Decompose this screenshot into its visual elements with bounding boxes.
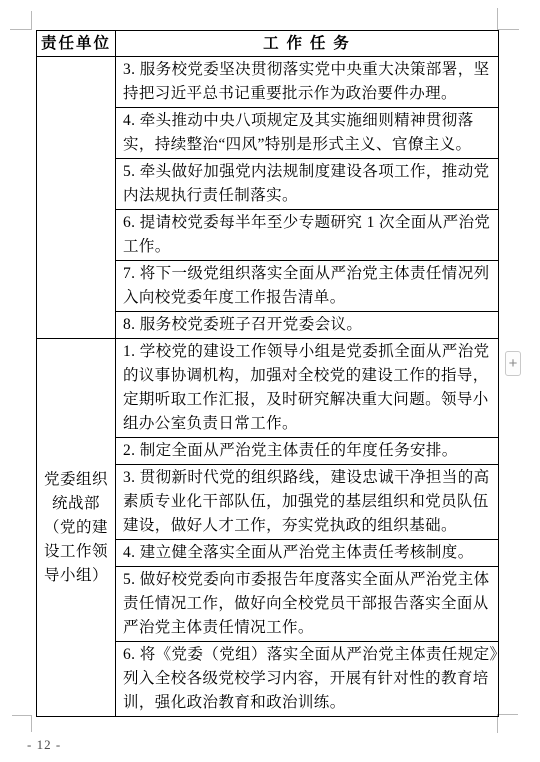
- task-line: 训，强化政治教育和政治训练。: [123, 691, 494, 715]
- task-line: 4. 牵头推动中央八项规定及其实施细则精神贯彻落: [123, 109, 494, 133]
- task-cell[interactable]: 3. 服务校党委坚决贯彻落实党中央重大决策部署，坚持把习近平总书记重要批示作为政…: [116, 57, 499, 108]
- task-line: 持把习近平总书记重要批示作为政治要件办理。: [123, 82, 494, 106]
- task-line: 工作。: [123, 235, 494, 259]
- table-row: 党委组织统战部（党的建设工作领导小组）1. 学校党的建设工作领导小组是党委抓全面…: [37, 339, 499, 438]
- unit-line: （党的建: [37, 516, 115, 540]
- unit-line: 设工作领: [37, 540, 115, 564]
- task-line: 7. 将下一级党组织落实全面从严治党主体责任情况列: [123, 262, 494, 286]
- unit-line: 导小组）: [37, 564, 115, 588]
- crop-mark-bottom-left-icon: [12, 715, 32, 732]
- task-line: 定期听取工作汇报，及时研究解决重大问题。领导小: [123, 388, 494, 412]
- task-cell[interactable]: 5. 牵头做好加强党内法规制度建设各项工作，推动党内法规执行责任制落实。: [116, 159, 499, 210]
- task-line: 6. 提请校党委每半年至少专题研究 1 次全面从严治党: [123, 211, 494, 235]
- task-cell[interactable]: 7. 将下一级党组织落实全面从严治党主体责任情况列入向校党委年度工作报告清单。: [116, 261, 499, 312]
- task-cell[interactable]: 4. 建立健全落实全面从严治党主体责任考核制度。: [116, 540, 499, 567]
- unit-line: 统战部: [37, 492, 115, 516]
- task-line: 组办公室负责日常工作。: [123, 412, 494, 436]
- page-number: - 12 -: [27, 737, 61, 753]
- responsibility-table: 责任单位 工 作 任 务 3. 服务校党委坚决贯彻落实党中央重大决策部署，坚持把…: [36, 30, 499, 717]
- header-row: 责任单位 工 作 任 务: [37, 31, 499, 57]
- unit-line: 党委组织: [37, 468, 115, 492]
- task-line: 1. 学校党的建设工作领导小组是党委抓全面从严治党: [123, 340, 494, 364]
- task-line: 入向校党委年度工作报告清单。: [123, 286, 494, 310]
- task-line: 5. 牵头做好加强党内法规制度建设各项工作，推动党: [123, 160, 494, 184]
- task-line: 3. 服务校党委坚决贯彻落实党中央重大决策部署，坚: [123, 58, 494, 82]
- crop-mark-top-left-icon: [10, 11, 32, 30]
- task-line: 列入全校各级党校学习内容，开展有针对性的教育培: [123, 667, 494, 691]
- task-cell[interactable]: 1. 学校党的建设工作领导小组是党委抓全面从严治党的议事协调机构，加强对全校党的…: [116, 339, 499, 438]
- task-line: 建设，做好人才工作，夯实党执政的组织基础。: [123, 514, 494, 538]
- crop-mark-bottom-right-icon: [497, 714, 518, 733]
- task-cell[interactable]: 6. 将《党委（党组）落实全面从严治党主体责任规定》列入全校各级党校学习内容，开…: [116, 642, 499, 717]
- task-line: 内法规执行责任制落实。: [123, 184, 494, 208]
- document-page: 责任单位 工 作 任 务 3. 服务校党委坚决贯彻落实党中央重大决策部署，坚持把…: [0, 0, 540, 762]
- task-cell[interactable]: 2. 制定全面从严治党主体责任的年度任务安排。: [116, 438, 499, 465]
- task-line: 的议事协调机构，加强对全校党的建设工作的指导，: [123, 364, 494, 388]
- task-line: 6. 将《党委（党组）落实全面从严治党主体责任规定》: [123, 643, 494, 667]
- task-table-body: 3. 服务校党委坚决贯彻落实党中央重大决策部署，坚持把习近平总书记重要批示作为政…: [37, 57, 499, 717]
- task-line: 8. 服务校党委班子召开党委会议。: [123, 313, 494, 337]
- crop-mark-top-right-icon: [497, 8, 519, 30]
- unit-cell[interactable]: 党委组织统战部（党的建设工作领导小组）: [37, 339, 116, 717]
- task-line: 实，持续整治“四风”特别是形式主义、官僚主义。: [123, 133, 494, 157]
- task-line: 4. 建立健全落实全面从严治党主体责任考核制度。: [123, 541, 494, 565]
- header-work-tasks[interactable]: 工 作 任 务: [116, 31, 499, 57]
- task-line: 严治党主体责任情况工作。: [123, 616, 494, 640]
- task-cell[interactable]: 8. 服务校党委班子召开党委会议。: [116, 312, 499, 339]
- task-cell[interactable]: 4. 牵头推动中央八项规定及其实施细则精神贯彻落实，持续整治“四风”特别是形式主…: [116, 108, 499, 159]
- task-cell[interactable]: 3. 贯彻新时代党的组织路线，建设忠诚干净担当的高素质专业化干部队伍，加强党的基…: [116, 465, 499, 540]
- table-row: 3. 服务校党委坚决贯彻落实党中央重大决策部署，坚持把习近平总书记重要批示作为政…: [37, 57, 499, 108]
- task-line: 责任情况工作，做好向全校党员干部报告落实全面从: [123, 592, 494, 616]
- task-cell[interactable]: 6. 提请校党委每半年至少专题研究 1 次全面从严治党工作。: [116, 210, 499, 261]
- header-responsible-unit[interactable]: 责任单位: [37, 31, 116, 57]
- unit-cell[interactable]: [37, 57, 116, 339]
- task-line: 3. 贯彻新时代党的组织路线，建设忠诚干净担当的高: [123, 466, 494, 490]
- plus-button[interactable]: +: [505, 351, 521, 376]
- task-line: 2. 制定全面从严治党主体责任的年度任务安排。: [123, 439, 494, 463]
- plus-icon: +: [509, 355, 518, 372]
- task-line: 素质专业化干部队伍，加强党的基层组织和党员队伍: [123, 490, 494, 514]
- task-cell[interactable]: 5. 做好校党委向市委报告年度落实全面从严治党主体责任情况工作，做好向全校党员干…: [116, 567, 499, 642]
- task-line: 5. 做好校党委向市委报告年度落实全面从严治党主体: [123, 568, 494, 592]
